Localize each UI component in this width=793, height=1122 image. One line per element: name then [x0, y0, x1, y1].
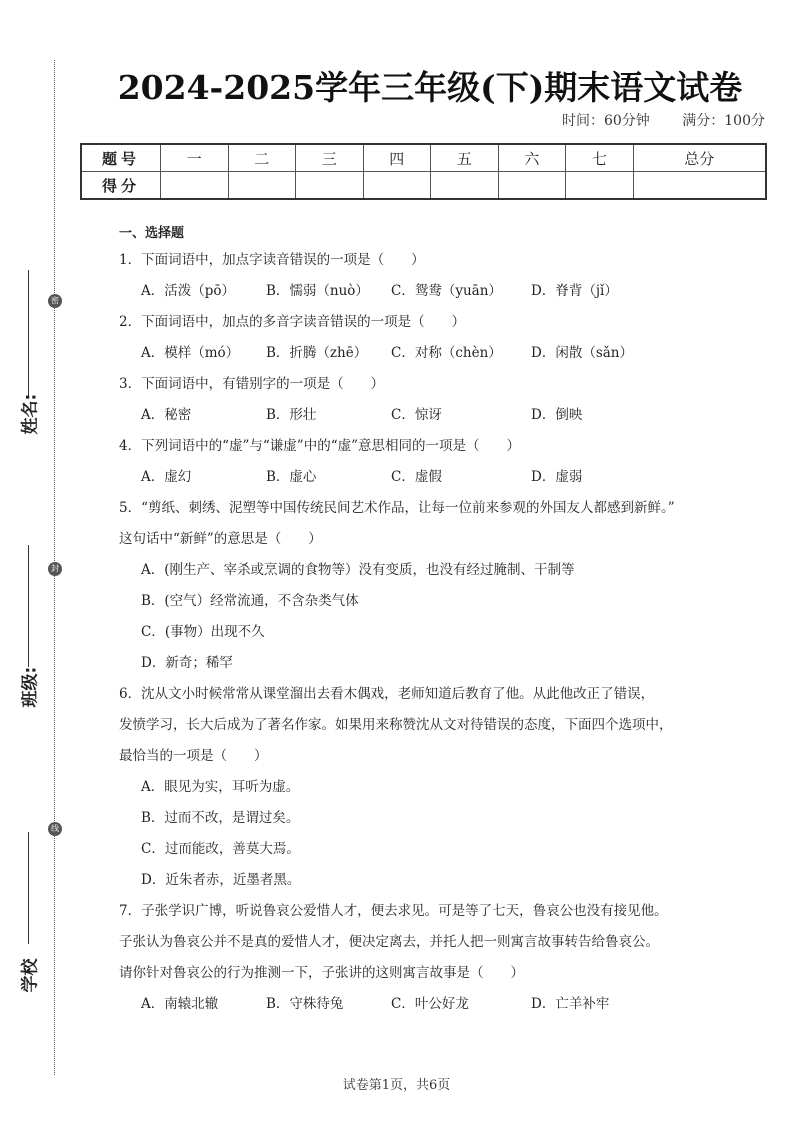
col-5: 五	[431, 144, 499, 172]
question-3: 3．下面词语中，有错别字的一项是（ ） A．秘密 B．形壮 C．惊讶 D．倒映	[119, 369, 709, 431]
option-a: A．虚幻	[141, 462, 266, 493]
question-stem-line-3: 请你针对鲁哀公的行为推测一下，子张讲的这则寓言故事是（ ）	[119, 958, 709, 989]
option-d: D．新奇；稀罕	[119, 648, 709, 679]
question-stem-line-2: 子张认为鲁哀公并不是真的爱惜人才，便决定离去，并托人把一则寓言故事转告给鲁哀公。	[119, 927, 709, 958]
question-stem: 6．沈从文小时候常常从课堂溜出去看木偶戏，老师知道后教育了他。从此他改正了错误，	[119, 679, 709, 710]
option-c: C．鸳鸯（yuān）	[391, 276, 531, 307]
option-a: A．(刚生产、宰杀或烹调的食物等）没有变质，也没有经过腌制、干制等	[119, 555, 709, 586]
exam-time: 时间：60分钟	[562, 113, 650, 129]
option-c: C．(事物）出现不久	[119, 617, 709, 648]
option-b: B．(空气）经常流通，不含杂类气体	[119, 586, 709, 617]
option-b: B．虚心	[266, 462, 391, 493]
option-b: B．形壮	[266, 400, 391, 431]
score-cell-total[interactable]	[633, 172, 766, 200]
seal-feng-icon: 封	[48, 562, 62, 576]
question-stem: 2．下面词语中，加点的多音字读音错误的一项是（ ）	[119, 307, 709, 338]
question-number-label: 题号	[81, 144, 161, 172]
score-cell-1[interactable]	[161, 172, 229, 200]
option-c: C．叶公好龙	[391, 989, 531, 1020]
question-stem: 5．“剪纸、刺绣、泥塑等中国传统民间艺术作品，让每一位前来参观的外国友人都感到新…	[119, 493, 709, 524]
score-cell-6[interactable]	[498, 172, 566, 200]
question-7: 7．子张学识广博，听说鲁哀公爱惜人才，便去求见。可是等了七天，鲁哀公也没有接见他…	[119, 896, 709, 1020]
name-label: 姓名:	[16, 411, 41, 435]
school-field[interactable]: 学校	[14, 830, 38, 1000]
seal-mi-icon: 密	[48, 294, 62, 308]
school-label: 学校	[16, 969, 41, 993]
score-table: 题号 一 二 三 四 五 六 七 总分 得分	[80, 143, 767, 200]
option-list: A．南辕北辙 B．守株待兔 C．叶公好龙 D．亡羊补牢	[119, 989, 709, 1020]
score-label: 得分	[81, 172, 161, 200]
col-6: 六	[498, 144, 566, 172]
option-a: A．南辕北辙	[141, 989, 266, 1020]
score-table-header-row: 题号 一 二 三 四 五 六 七 总分	[81, 144, 766, 172]
option-list: A．秘密 B．形壮 C．惊讶 D．倒映	[119, 400, 709, 431]
option-d: D．倒映	[531, 400, 656, 431]
question-stem: 3．下面词语中，有错别字的一项是（ ）	[119, 369, 709, 400]
name-line	[28, 270, 29, 398]
score-cell-5[interactable]	[431, 172, 499, 200]
question-stem: 1．下面词语中，加点字读音错误的一项是（ ）	[119, 245, 709, 276]
section-title: 一、选择题	[119, 223, 709, 245]
option-b: B．守株待兔	[266, 989, 391, 1020]
option-b: B．折腾（zhē）	[266, 338, 391, 369]
option-b: B．懦弱（nuò）	[266, 276, 391, 307]
col-2: 二	[228, 144, 296, 172]
option-d: D．近朱者赤，近墨者黑。	[119, 865, 709, 896]
option-c: C．惊讶	[391, 400, 531, 431]
score-cell-4[interactable]	[363, 172, 431, 200]
question-stem-line-2: 发愤学习，长大后成为了著名作家。如果用来称赞沈从文对待错误的态度，下面四个选项中…	[119, 710, 709, 741]
option-d: D．虚弱	[531, 462, 656, 493]
class-line	[28, 545, 29, 667]
question-6: 6．沈从文小时候常常从课堂溜出去看木偶戏，老师知道后教育了他。从此他改正了错误，…	[119, 679, 709, 896]
question-stem-line-3: 最恰当的一项是（ ）	[119, 741, 709, 772]
question-4: 4．下列词语中的“虚”与“谦虚”中的“虚”意思相同的一项是（ ） A．虚幻 B．…	[119, 431, 709, 493]
question-section: 一、选择题 1．下面词语中，加点字读音错误的一项是（ ） A．活泼（pō） B．…	[119, 223, 709, 1020]
class-field[interactable]: 班级:	[14, 545, 38, 715]
class-label: 班级:	[16, 684, 41, 708]
option-a: A．眼见为实，耳听为虚。	[119, 772, 709, 803]
school-line	[28, 832, 29, 944]
option-b: B．过而不改，是谓过矣。	[119, 803, 709, 834]
score-table-score-row: 得分	[81, 172, 766, 200]
option-d: D．亡羊补牢	[531, 989, 656, 1020]
col-total: 总分	[633, 144, 766, 172]
option-list: A．模样（mó） B．折腾（zhē） C．对称（chèn） D．闲散（sǎn）	[119, 338, 709, 369]
name-field[interactable]: 姓名:	[14, 270, 38, 440]
question-stem: 7．子张学识广博，听说鲁哀公爱惜人才，便去求见。可是等了七天，鲁哀公也没有接见他…	[119, 896, 709, 927]
exam-full-score: 满分：100分	[682, 113, 765, 129]
option-list: A．活泼（pō） B．懦弱（nuò） C．鸳鸯（yuān） D．脊背（jǐ）	[119, 276, 709, 307]
col-4: 四	[363, 144, 431, 172]
binding-margin: 密 封 线 姓名: 班级: 学校	[0, 0, 80, 1122]
question-stem: 4．下列词语中的“虚”与“谦虚”中的“虚”意思相同的一项是（ ）	[119, 431, 709, 462]
question-1: 1．下面词语中，加点字读音错误的一项是（ ） A．活泼（pō） B．懦弱（nuò…	[119, 245, 709, 307]
question-5: 5．“剪纸、刺绣、泥塑等中国传统民间艺术作品，让每一位前来参观的外国友人都感到新…	[119, 493, 709, 679]
score-cell-2[interactable]	[228, 172, 296, 200]
option-c: C．虚假	[391, 462, 531, 493]
question-2: 2．下面词语中，加点的多音字读音错误的一项是（ ） A．模样（mó） B．折腾（…	[119, 307, 709, 369]
option-list: A．虚幻 B．虚心 C．虚假 D．虚弱	[119, 462, 709, 493]
option-c: C．过而能改，善莫大焉。	[119, 834, 709, 865]
exam-title: 2024-2025学年三年级(下)期末语文试卷	[80, 62, 780, 109]
exam-meta: 时间：60分钟 满分：100分	[534, 110, 765, 130]
score-cell-7[interactable]	[566, 172, 634, 200]
col-3: 三	[296, 144, 364, 172]
col-1: 一	[161, 144, 229, 172]
option-c: C．对称（chèn）	[391, 338, 531, 369]
score-cell-3[interactable]	[296, 172, 364, 200]
page-footer: 试卷第1页，共6页	[0, 1074, 793, 1093]
option-d: D．脊背（jǐ）	[531, 276, 656, 307]
option-d: D．闲散（sǎn）	[531, 338, 656, 369]
option-a: A．秘密	[141, 400, 266, 431]
option-a: A．模样（mó）	[141, 338, 266, 369]
seal-xian-icon: 线	[48, 822, 62, 836]
question-stem-line-2: 这句话中“新鲜”的意思是（ ）	[119, 524, 709, 555]
col-7: 七	[566, 144, 634, 172]
option-a: A．活泼（pō）	[141, 276, 266, 307]
